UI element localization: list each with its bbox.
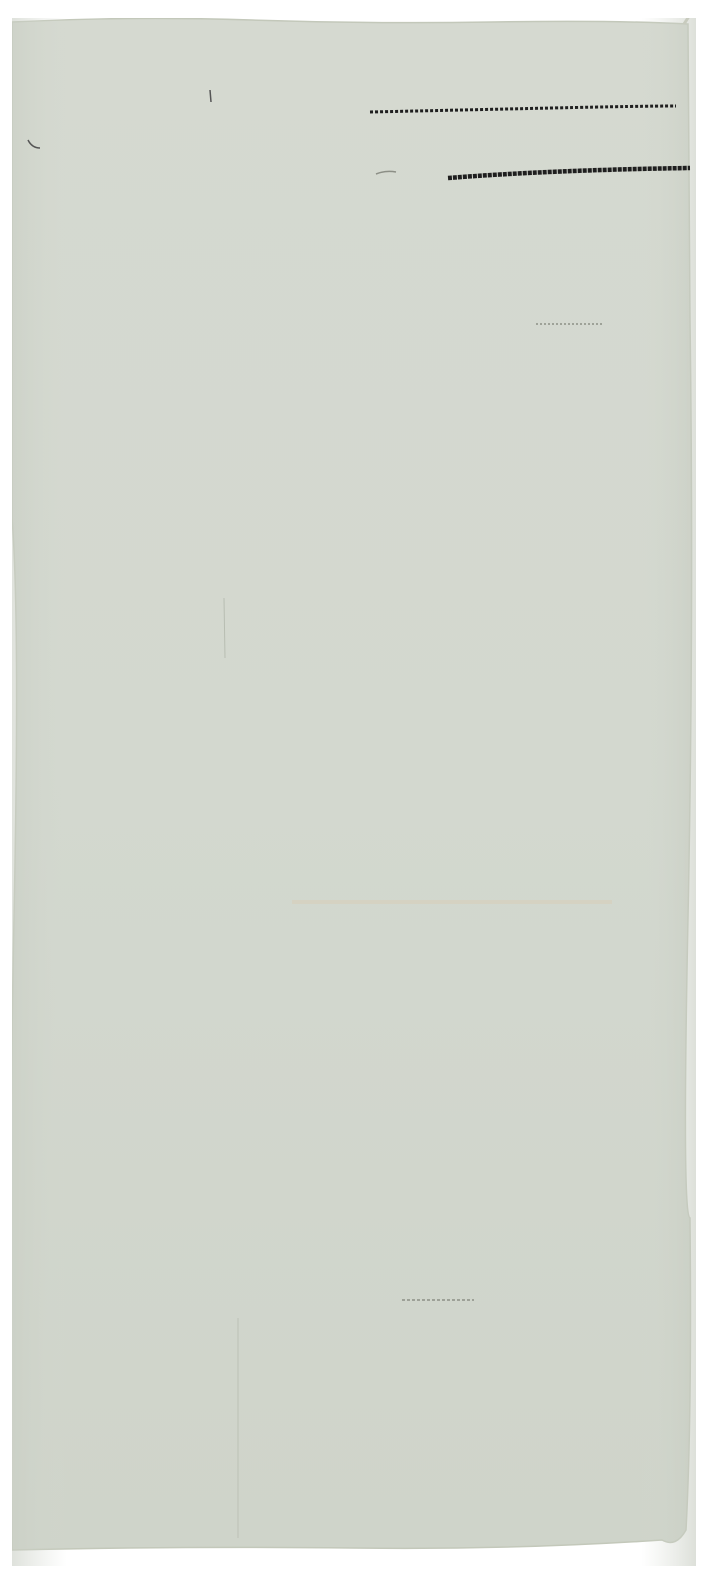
- small-mark: [210, 90, 211, 102]
- rug-illustration: [12, 18, 696, 1566]
- side-shading: [12, 18, 696, 1566]
- stain: [292, 900, 612, 904]
- kilim-rug: [12, 18, 696, 1566]
